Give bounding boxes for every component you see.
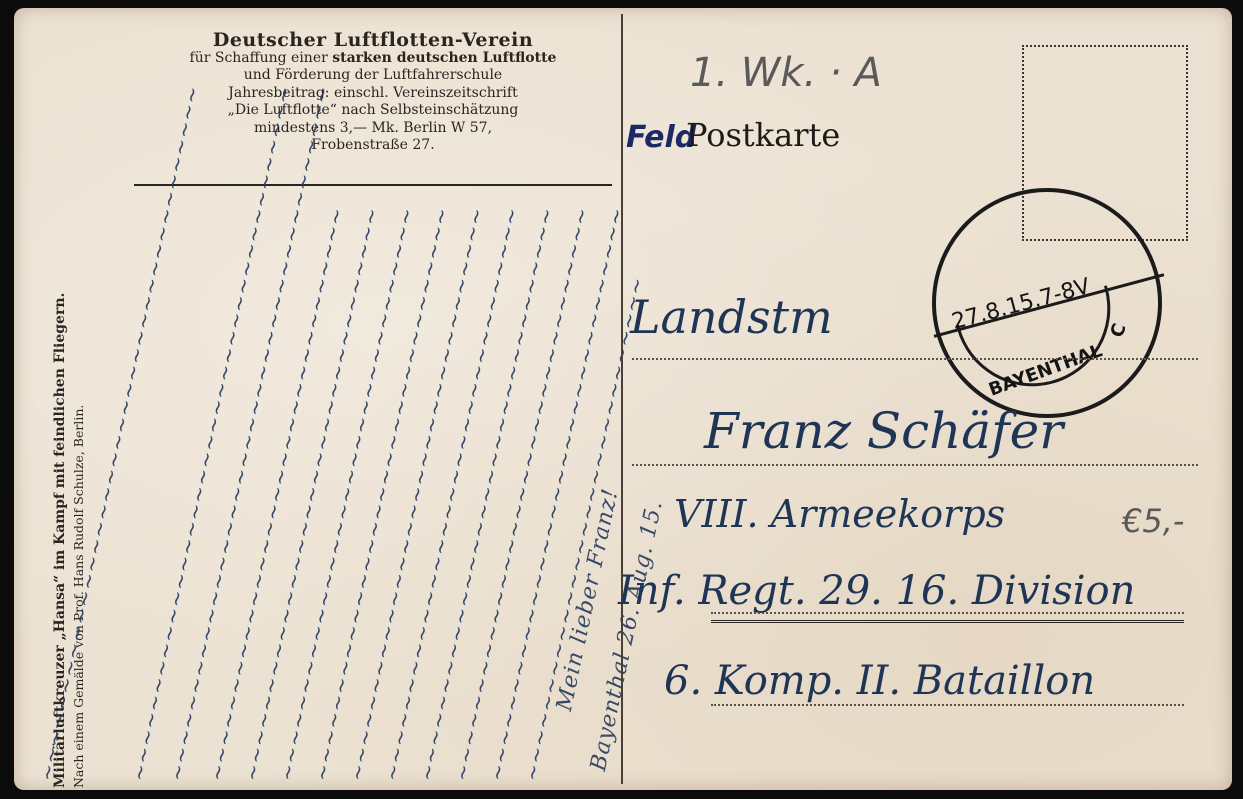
postcard: Deutscher Luftflotten-Verein für Schaffu… [14, 8, 1232, 790]
address-rule-1 [632, 358, 1198, 360]
society-line-6: Frobenstraße 27. [130, 137, 616, 155]
society-line-4: „Die Luftflotte“ nach Selbsteinschätzung [130, 102, 616, 120]
address-rule-2 [632, 464, 1198, 466]
postmark-letter: C [1106, 321, 1130, 341]
pencil-note: 1. Wk. · A [690, 50, 882, 96]
society-title: Deutscher Luftflotten-Verein [130, 32, 616, 50]
address-line-5: 6. Komp. II. Bataillon [664, 658, 1095, 704]
address-line-3: VIII. Armeekorps [674, 492, 1005, 536]
address-line-2: Franz Schäfer [704, 402, 1063, 460]
header-divider [134, 184, 612, 186]
address-rule-3-solid [711, 620, 1184, 623]
society-line-1-prefix: für Schaffung einer [190, 50, 333, 66]
society-line-1: für Schaffung einer starken deutschen Lu… [130, 50, 616, 68]
address-line-1: Landstm [630, 290, 833, 344]
society-line-2: und Förderung der Luftfahrerschule [130, 67, 616, 85]
society-line-5: mindestens 3,— Mk. Berlin W 57, [130, 120, 616, 138]
card-divider [621, 14, 623, 784]
address-line-4: Inf. Regt. 29. 16. Division [618, 568, 1135, 614]
society-line-1-bold: starken deutschen Luftflotte [332, 50, 556, 66]
pencil-price: €5,- [1122, 502, 1184, 540]
card-type-label: Postkarte [686, 116, 840, 154]
postmark: 27.8.15.7-8V BAYENTHAL C [932, 188, 1162, 418]
address-rule-4 [711, 704, 1184, 706]
address-rule-3 [711, 612, 1184, 614]
